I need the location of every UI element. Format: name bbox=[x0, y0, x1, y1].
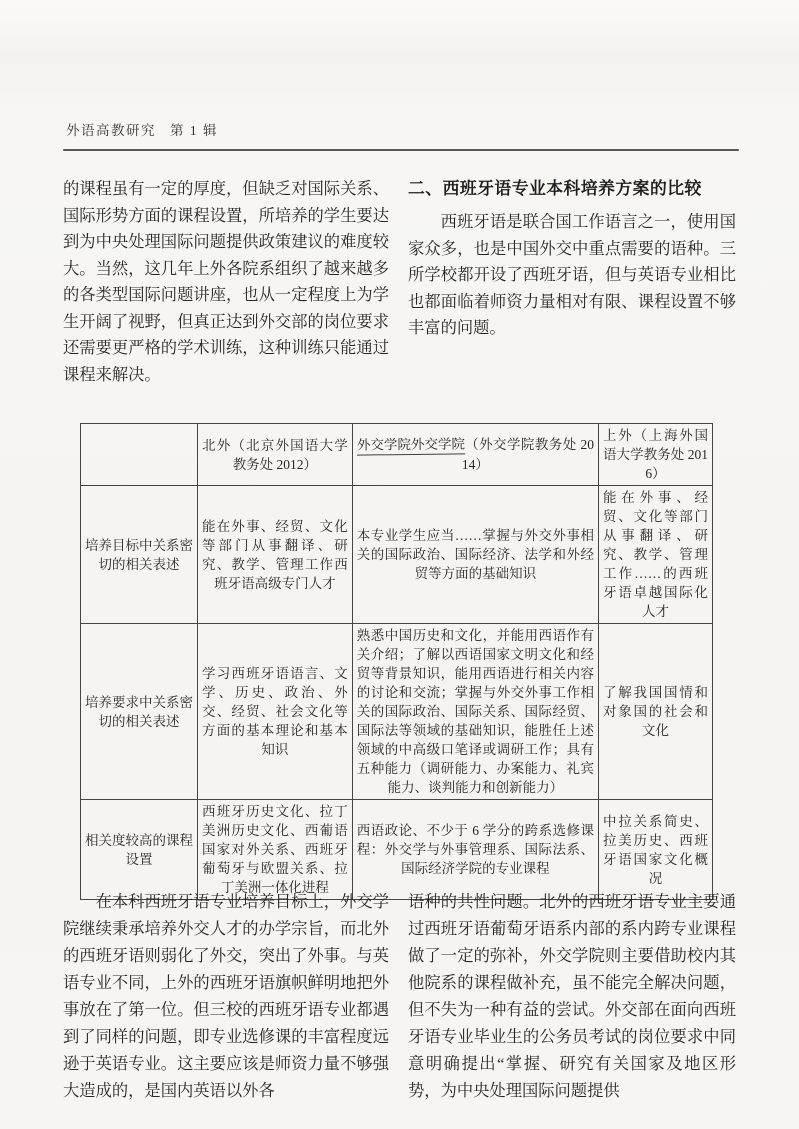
issue-number: 第 1 辑 bbox=[170, 123, 218, 138]
bottom-text-columns: 在本科西班牙语专业培养目标上，外交学院继续秉承培养外交人才的办学宗旨，而北外的西… bbox=[63, 888, 736, 1104]
top-left-column: 的课程虽有一定的厚度，但缺乏对国际关系、国际形势方面的课程设置，所培养的学生要达… bbox=[63, 176, 389, 388]
column-header-shangwai: 上外（上海外国语大学教务处 2016） bbox=[599, 424, 713, 486]
table-row-goals: 培养目标中关系密切的相关表述 能在外事、经贸、文化等部门从事翻译、研究、教学、管… bbox=[81, 486, 713, 624]
goals-cell-shangwai: 能在外事、经贸、文化等部门从事翻译、研究、教学、管理工作……的西班牙语卓越国际化… bbox=[599, 486, 713, 624]
courses-cell-shangwai: 中拉关系简史、拉美历史、西班牙语国家文化概况 bbox=[599, 800, 713, 900]
top-right-column: 二、西班牙语专业本科培养方案的比较 西班牙语是联合国工作语言之一，使用国家众多，… bbox=[408, 176, 736, 388]
column-header-beiwai: 北外（北京外国语大学教务处 2012） bbox=[198, 424, 353, 486]
row-header-courses: 相关度较高的课程设置 bbox=[81, 800, 198, 900]
journal-title: 外语高教研究 bbox=[66, 123, 156, 138]
bottom-right-column: 语种的共性问题。北外的西班牙语专业主要通过西班牙语葡萄牙语系内部的系内跨专业课程… bbox=[408, 888, 736, 1104]
waijiao-header-rest: （外交学院教务处 2014） bbox=[462, 437, 594, 472]
section-intro-paragraph: 西班牙语是联合国工作语言之一，使用国家众多，也是中国外交中重点需要的语种。三所学… bbox=[408, 209, 736, 342]
row-header-goals: 培养目标中关系密切的相关表述 bbox=[81, 486, 198, 624]
top-left-paragraph: 的课程虽有一定的厚度，但缺乏对国际关系、国际形势方面的课程设置，所培养的学生要达… bbox=[63, 176, 389, 388]
comparison-table-container: 北外（北京外国语大学教务处 2012） 外交学院外交学院（外交学院教务处 201… bbox=[80, 423, 713, 900]
column-header-waijiao: 外交学院外交学院（外交学院教务处 2014） bbox=[352, 424, 598, 486]
bottom-left-column: 在本科西班牙语专业培养目标上，外交学院继续秉承培养外交人才的办学宗旨，而北外的西… bbox=[63, 888, 389, 1104]
table-header-row: 北外（北京外国语大学教务处 2012） 外交学院外交学院（外交学院教务处 201… bbox=[81, 424, 713, 486]
table-row-courses: 相关度较高的课程设置 西班牙历史文化、拉丁美洲历史文化、西葡语国家对外关系、西班… bbox=[81, 800, 713, 900]
section-heading: 二、西班牙语专业本科培养方案的比较 bbox=[408, 176, 736, 202]
courses-cell-waijiao: 西语政论、不少于 6 学分的跨系选修课程：外交学与外事管理系、国际法系、国际经济… bbox=[352, 800, 598, 900]
table-corner-cell bbox=[81, 424, 198, 486]
goals-cell-beiwai: 能在外事、经贸、文化等部门从事翻译、研究、教学、管理工作西班牙语高级专门人才 bbox=[198, 486, 353, 624]
requirements-cell-beiwai: 学习西班牙语语言、文学、历史、政治、外交、经贸、社会文化等方面的基本理论和基本知… bbox=[198, 624, 353, 800]
bottom-left-paragraph: 在本科西班牙语专业培养目标上，外交学院继续秉承培养外交人才的办学宗旨，而北外的西… bbox=[63, 888, 389, 1104]
spanish-program-comparison-table: 北外（北京外国语大学教务处 2012） 外交学院外交学院（外交学院教务处 201… bbox=[80, 423, 713, 900]
requirements-cell-shangwai: 了解我国国情和对象国的社会和文化 bbox=[599, 624, 713, 800]
bottom-right-paragraph: 语种的共性问题。北外的西班牙语专业主要通过西班牙语葡萄牙语系内部的系内跨专业课程… bbox=[408, 888, 736, 1104]
goals-cell-waijiao: 本专业学生应当……掌握与外交外事相关的国际政治、国际经济、法学和外经贸等方面的基… bbox=[352, 486, 598, 624]
header-divider-rule bbox=[63, 149, 739, 151]
top-text-columns: 的课程虽有一定的厚度，但缺乏对国际关系、国际形势方面的课程设置，所培养的学生要达… bbox=[63, 176, 736, 388]
row-header-requirements: 培养要求中关系密切的相关表述 bbox=[81, 624, 198, 800]
requirements-cell-waijiao: 熟悉中国历史和文化，并能用西语作有关介绍；了解以西语国家文明文化和经贸等背景知识… bbox=[352, 624, 598, 800]
underlined-school-name: 外交学院外交学院 bbox=[357, 434, 465, 455]
running-header: 外语高教研究第 1 辑 bbox=[66, 119, 218, 139]
table-row-requirements: 培养要求中关系密切的相关表述 学习西班牙语语言、文学、历史、政治、外交、经贸、社… bbox=[81, 624, 713, 800]
courses-cell-beiwai: 西班牙历史文化、拉丁美洲历史文化、西葡语国家对外关系、西班牙葡萄牙与欧盟关系、拉… bbox=[198, 800, 353, 900]
